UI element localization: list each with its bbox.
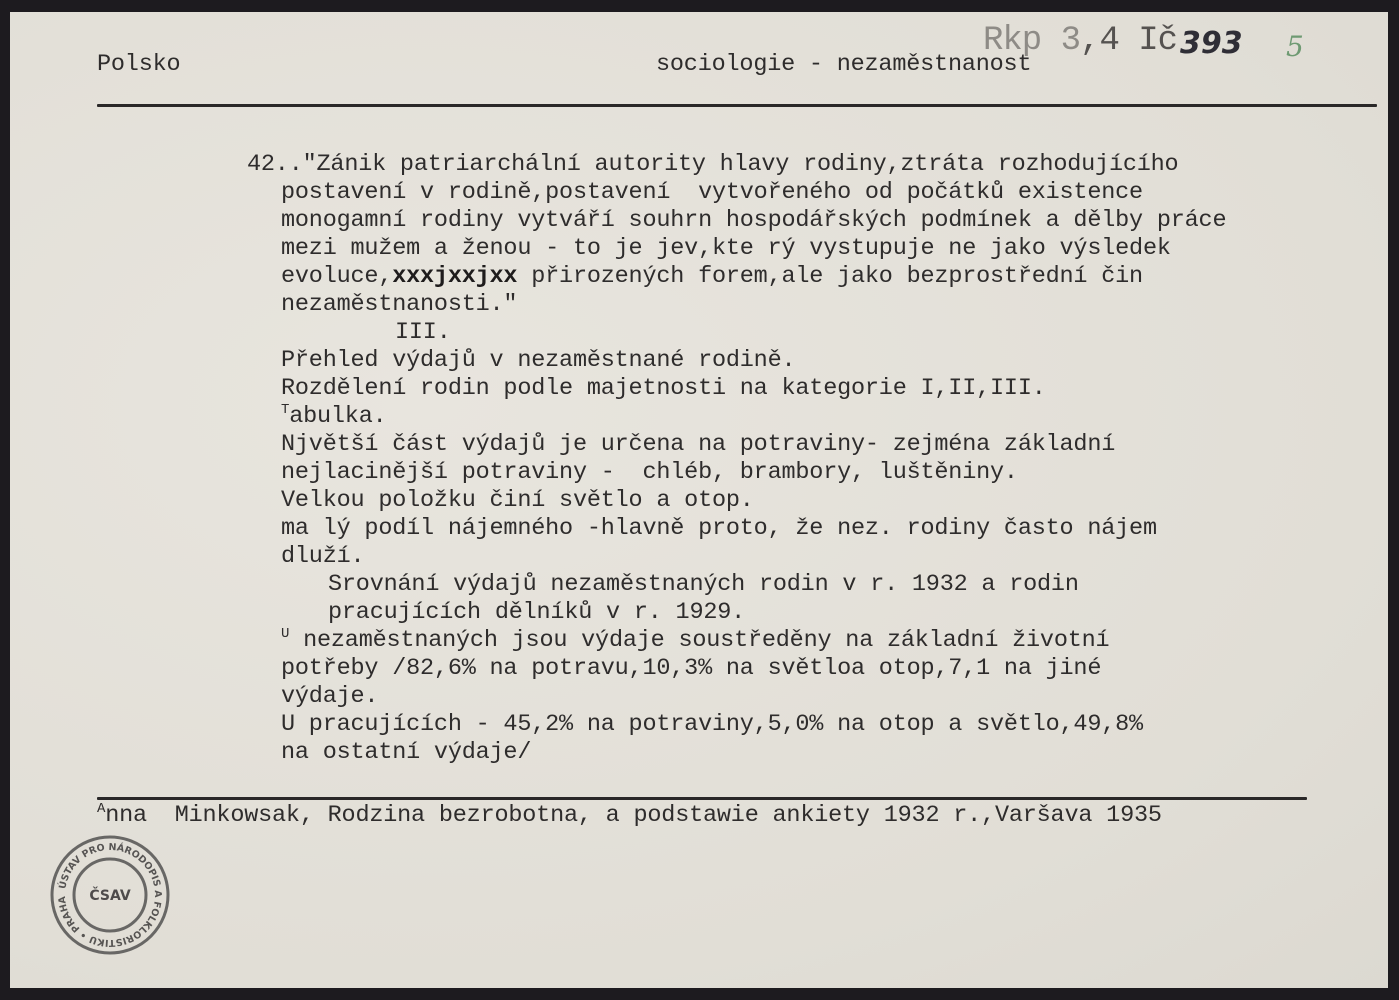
body-line: Njvětší část výdajů je určena na potravi… (281, 431, 1115, 459)
body-line: Srovnání výdajů nezaměstnaných rodin v r… (328, 571, 1079, 599)
body-line: Rozdělení rodin podle majetnosti na kate… (281, 375, 1046, 403)
institution-stamp-icon: ÚSTAV PRO NÁRODOPIS A FOLKLORISTIKU • PR… (48, 833, 172, 957)
body-line: Velkou položku činí světlo a otop. (281, 487, 754, 515)
body-line: monogamní rodiny vytváří souhrn hospodář… (281, 207, 1226, 235)
body-line: potřeby /82,6% na potravu,10,3% na světl… (281, 655, 1101, 683)
body-line: pracujících dělníků v r. 1929. (328, 599, 745, 627)
body-line: mezi mužem a ženou - to je jev,kte rý vy… (281, 235, 1171, 263)
body-line: dluží. (281, 543, 364, 571)
body-line: 42.."Zánik patriarchální autority hlavy … (247, 151, 1178, 179)
body-line: U nezaměstnaných jsou výdaje soustředěny… (281, 627, 1109, 657)
body-line: evoluce,xxxjxxjxx přirozených forem,ale … (281, 263, 1143, 291)
body-line: nejlacinější potraviny - chléb, brambory… (281, 459, 1018, 487)
header-rule (97, 104, 1377, 107)
body-line: U pracujících - 45,2% na potraviny,5,0% … (281, 711, 1143, 739)
handwritten-number: 393 (1180, 26, 1243, 61)
topic-label: sociologie - nezaměstnanost (656, 51, 1031, 79)
body-line: Tabulka. (281, 403, 387, 433)
call-number-stamp: Rkp 3,4 Ič (983, 22, 1177, 60)
country-label: Polsko (97, 51, 180, 79)
body-line: na ostatní výdaje/ (281, 739, 531, 767)
body-line: postavení v rodině,postavení vytvořeného… (281, 179, 1143, 207)
section-number: III. (395, 319, 451, 347)
body-line: výdaje. (281, 683, 378, 711)
body-line: Přehled výdajů v nezaměstnané rodině. (281, 347, 795, 375)
body-line: ma lý podíl nájemného -hlavně proto, že … (281, 515, 1157, 543)
struck-out-text: xxxjxxjxx (392, 263, 517, 290)
citation: Anna Minkowsak, Rodzina bezrobotna, a po… (97, 802, 1162, 832)
svg-text:ČSAV: ČSAV (89, 886, 131, 904)
footer-rule (97, 797, 1307, 800)
body-line: nezaměstnanosti." (281, 291, 517, 319)
pencil-page-mark: 5 (1286, 30, 1304, 63)
